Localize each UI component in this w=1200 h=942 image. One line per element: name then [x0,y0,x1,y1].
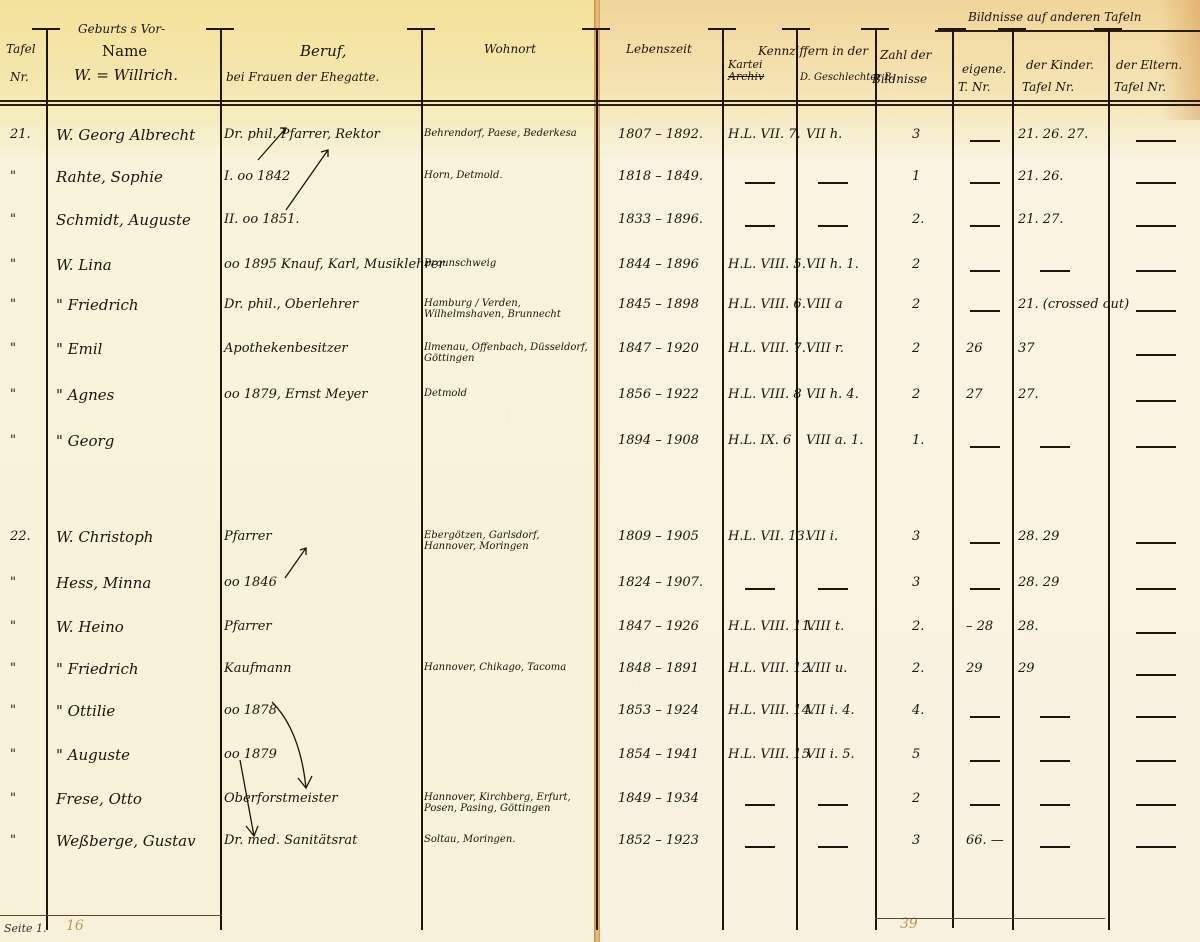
gb-cell: VIII t. [806,620,844,634]
kartei-empty-dash [745,182,775,184]
gb-cell: VIII u. [806,662,847,676]
gb-cell: VII i. 5. [806,748,855,762]
header-bildnisse-group: Bildnisse auf anderen Tafeln [968,10,1142,24]
kinder-cell: 28. [1018,620,1039,634]
eigene-cell: 26 [966,342,983,356]
kinder-cell: 27. [1018,388,1039,402]
eltern-empty-dash [1136,760,1176,762]
name-cell: W. Christoph [56,530,153,544]
lebenszeit-cell: 1848 – 1891 [618,662,699,676]
lebenszeit-cell: 1856 – 1922 [618,388,699,402]
name-cell: Hess, Minna [56,576,151,590]
lebenszeit-cell: 1854 – 1941 [618,748,699,762]
zahl-cell: 2 [912,342,920,356]
wohnort-cell: Braunschweig [424,258,594,269]
column-divider [722,28,724,930]
eltern-empty-dash [1136,542,1176,544]
tafel-cell: " [10,388,16,402]
column-divider [952,28,954,928]
lebenszeit-cell: 1853 – 1924 [618,704,699,718]
eltern-empty-dash [1136,354,1176,356]
eltern-empty-dash [1136,846,1176,848]
eltern-empty-dash [1136,588,1176,590]
column-cap [407,28,435,30]
gb-cell: VIII a [806,298,843,312]
gb-cell: VII h. 1. [806,258,859,272]
eigene-empty-dash [970,225,1000,227]
beruf-cell: Dr. phil. Pfarrer, Rektor [224,128,380,142]
eigene-cell: 66. — [966,834,1004,848]
zahl-cell: 4. [912,704,924,718]
zahl-cell: 2. [912,213,924,227]
eigene-cell: 27 [966,388,983,402]
eltern-empty-dash [1136,182,1176,184]
wohnort-cell: Behrendorf, Paese, Bederkesa [424,128,594,139]
column-divider [220,28,222,930]
name-cell: W. Heino [56,620,124,634]
tafel-cell: " [10,662,16,676]
lebenszeit-cell: 1807 – 1892. [618,128,703,142]
header-eltern: der Eltern. [1116,58,1182,72]
column-cap [1094,28,1122,30]
header-kinder: der Kinder. [1026,58,1094,72]
eigene-empty-dash [970,182,1000,184]
column-cap [861,28,889,30]
zahl-cell: 3 [912,576,920,590]
lebenszeit-cell: 1845 – 1898 [618,298,699,312]
kinder-cell: 29 [1018,662,1035,676]
header-zahl: Zahl der [880,48,931,62]
header-name: Name [102,42,147,60]
kinder-cell: 37 [1018,342,1035,356]
eigene-empty-dash [970,270,1000,272]
name-cell: Rahte, Sophie [56,170,163,184]
eltern-empty-dash [1136,446,1176,448]
kartei-cell: H.L. VIII. 12. [728,662,814,676]
eigene-empty-dash [970,542,1000,544]
beruf-cell: Dr. med. Sanitätsrat [224,834,357,848]
column-divider [875,28,877,930]
column-divider [46,28,48,930]
eigene-empty-dash [970,760,1000,762]
name-cell: " Georg [56,434,114,448]
kartei-cell: H.L. VIII. 15 [728,748,810,762]
lebenszeit-cell: 1818 – 1849. [618,170,703,184]
kinder-empty-dash [1040,446,1070,448]
name-cell: Weßberge, Gustav [56,834,196,848]
beruf-cell: I. oo 1842 [224,170,290,184]
lebenszeit-cell: 1894 – 1908 [618,434,699,448]
kartei-cell: H.L. VIII. 5. [728,258,806,272]
gb-cell: VII i. 4. [806,704,855,718]
header-eigene-nr: T. Nr. [958,80,991,94]
name-cell: " Friedrich [56,298,139,312]
wohnort-cell: Soltau, Moringen. [424,834,594,845]
gb-empty-dash [818,225,848,227]
tafel-cell: " [10,792,16,806]
lebenszeit-cell: 1852 – 1923 [618,834,699,848]
gb-cell: VII h. [806,128,842,142]
eigene-empty-dash [970,446,1000,448]
eltern-empty-dash [1136,270,1176,272]
beruf-cell: oo 1879 [224,748,277,762]
name-cell: " Friedrich [56,662,139,676]
header-name-sub: Geburts s Vor- [78,22,165,36]
kartei-cell: H.L. IX. 6 [728,434,791,448]
zahl-cell: 1. [912,434,924,448]
wohnort-cell: Ilmenau, Offenbach, Düsseldorf, Göttinge… [424,342,594,364]
zahl-cell: 3 [912,834,920,848]
wohnort-cell: Detmold [424,388,594,399]
name-cell: " Emil [56,342,102,356]
kartei-empty-dash [745,588,775,590]
column-divider [596,28,598,930]
wohnort-cell: Hannover, Kirchberg, Erfurt, Posen, Pasi… [424,792,594,814]
lebenszeit-cell: 1847 – 1926 [618,620,699,634]
zahl-cell: 5 [912,748,920,762]
lebenszeit-cell: 1833 – 1896. [618,213,703,227]
eigene-cell: 29 [966,662,983,676]
kartei-cell: H.L. VII. 13. [728,530,809,544]
zahl-cell: 2. [912,662,924,676]
tafel-cell: " [10,170,16,184]
header-rule [0,100,1200,102]
tafel-cell: " [10,342,16,356]
name-cell: " Agnes [56,388,114,402]
beruf-cell: Apothekenbesitzer [224,342,348,356]
column-divider [421,28,423,930]
lebenszeit-cell: 1849 – 1934 [618,792,699,806]
footer-left-page-number: 16 [66,918,84,934]
beruf-cell: Kaufmann [224,662,291,676]
name-cell: W. Georg Albrecht [56,128,195,142]
tafel-cell: " [10,213,16,227]
eigene-empty-dash [970,310,1000,312]
wohnort-cell: Hannover, Chikago, Tacoma [424,662,594,673]
column-cap [708,28,736,30]
eigene-cell: – 28 [966,620,993,634]
header-beruf-note: bei Frauen der Ehegatte. [226,70,379,84]
tafel-cell: 22. [10,530,31,544]
beruf-cell: oo 1895 Knauf, Karl, Musiklehrer [224,258,445,272]
footer-seite: Seite 1. [4,922,47,935]
column-divider [1108,30,1110,930]
eigene-empty-dash [970,716,1000,718]
kartei-cell: H.L. VIII. 14. [728,704,814,718]
beruf-cell: oo 1846 [224,576,277,590]
eltern-empty-dash [1136,804,1176,806]
beruf-cell: II. oo 1851. [224,213,300,227]
beruf-cell: oo 1878 [224,704,277,718]
kinder-empty-dash [1040,760,1070,762]
tafel-cell: " [10,258,16,272]
name-cell: " Ottilie [56,704,115,718]
kartei-cell: H.L. VIII. 7. [728,342,806,356]
column-cap [782,28,810,30]
bildnisse-group-rule [935,30,1200,32]
zahl-cell: 3 [912,128,920,142]
name-cell: W. Lina [56,258,112,272]
tafel-cell: " [10,576,16,590]
wohnort-cell: Horn, Detmold. [424,170,594,181]
beruf-cell: Oberforstmeister [224,792,338,806]
lebenszeit-cell: 1809 – 1905 [618,530,699,544]
zahl-cell: 2 [912,792,920,806]
header-name-note: W. = Willrich. [74,66,178,84]
kinder-cell: 21. (crossed out) [1018,298,1129,312]
column-divider [1012,30,1014,930]
zahl-cell: 2 [912,388,920,402]
header-archiv: Archiv [728,70,764,83]
header-bildnisse: Bildnisse [872,72,927,86]
kartei-empty-dash [745,846,775,848]
tafel-cell: " [10,620,16,634]
tafel-cell: " [10,704,16,718]
eigene-empty-dash [970,804,1000,806]
lebenszeit-cell: 1824 – 1907. [618,576,703,590]
lebenszeit-cell: 1844 – 1896 [618,258,699,272]
gb-cell: VIII r. [806,342,844,356]
eigene-empty-dash [970,140,1000,142]
kartei-cell: H.L. VII. 7. [728,128,801,142]
kartei-cell: H.L. VIII. 8 [728,388,802,402]
gb-empty-dash [818,804,848,806]
header-tafel: Tafel [6,42,36,56]
zahl-cell: 2. [912,620,924,634]
kartei-cell: H.L. VIII. 6. [728,298,806,312]
footer-rule-left [0,915,222,916]
header-beruf: Beruf, [300,42,347,60]
header-wohnort: Wohnort [484,42,536,56]
gb-cell: VIII a. 1. [806,434,863,448]
gb-empty-dash [818,182,848,184]
eltern-empty-dash [1136,400,1176,402]
name-cell: Schmidt, Auguste [56,213,191,227]
header-kennziffern: Kennziffern in der [758,44,868,58]
beruf-cell: Dr. phil., Oberlehrer [224,298,358,312]
tafel-cell: " [10,748,16,762]
zahl-cell: 2 [912,258,920,272]
zahl-cell: 1 [912,170,920,184]
header-eigene: eigene. [962,62,1006,76]
tafel-cell: " [10,298,16,312]
column-cap [206,28,234,30]
tafel-cell: " [10,834,16,848]
tafel-cell: " [10,434,16,448]
eltern-empty-dash [1136,632,1176,634]
kinder-empty-dash [1040,804,1070,806]
wohnort-cell: Ebergötzen, Garlsdorf, Hannover, Moringe… [424,530,594,552]
wohnort-cell: Hamburg / Verden, Wilhelmshaven, Brunnec… [424,298,594,320]
kartei-empty-dash [745,225,775,227]
kinder-empty-dash [1040,846,1070,848]
header-rule-2 [0,104,1200,106]
eltern-empty-dash [1136,140,1176,142]
column-cap [938,28,966,30]
name-cell: " Auguste [56,748,130,762]
eltern-empty-dash [1136,310,1176,312]
eigene-empty-dash [970,588,1000,590]
eltern-empty-dash [1136,674,1176,676]
lebenszeit-cell: 1847 – 1920 [618,342,699,356]
gb-cell: VII i. [806,530,838,544]
kartei-empty-dash [745,804,775,806]
header-eltern-nr: Tafel Nr. [1114,80,1166,94]
tafel-cell: 21. [10,128,31,142]
column-cap [582,28,610,30]
zahl-cell: 2 [912,298,920,312]
kartei-cell: H.L. VIII. 11. [728,620,814,634]
beruf-cell: Pfarrer [224,530,272,544]
column-cap [998,28,1026,30]
gb-empty-dash [818,588,848,590]
kinder-empty-dash [1040,716,1070,718]
kinder-cell: 21. 26. 27. [1018,128,1088,142]
kinder-cell: 21. 26. [1018,170,1063,184]
beruf-cell: oo 1879, Ernst Meyer [224,388,368,402]
footer-rule-right [875,918,1105,919]
kinder-empty-dash [1040,270,1070,272]
column-cap [32,28,60,30]
eltern-empty-dash [1136,225,1176,227]
header-nr: Nr. [10,70,29,84]
header-lebenszeit: Lebenszeit [626,42,692,56]
header-kinder-nr: Tafel Nr. [1022,80,1074,94]
column-divider [796,28,798,930]
kinder-cell: 28. 29 [1018,576,1059,590]
gb-empty-dash [818,846,848,848]
eltern-empty-dash [1136,716,1176,718]
name-cell: Frese, Otto [56,792,142,806]
gb-cell: VII h. 4. [806,388,859,402]
kinder-cell: 28. 29 [1018,530,1059,544]
beruf-cell: Pfarrer [224,620,272,634]
zahl-cell: 3 [912,530,920,544]
kinder-cell: 21. 27. [1018,213,1063,227]
